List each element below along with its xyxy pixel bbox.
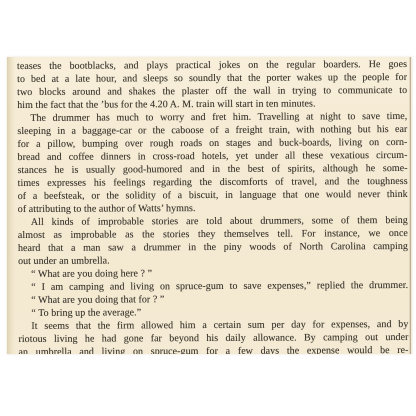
book-page-clipping: teases the bootblacks, and plays practic… <box>7 57 412 354</box>
text-line: an umbrella and living on spruce-gum for… <box>18 344 408 354</box>
text-line: two blocks around and shakes the plaster… <box>17 84 407 99</box>
page-right-edge-line <box>409 57 411 354</box>
text-line: of a beefsteak, or the solidity of a bis… <box>18 188 408 203</box>
text-line: heard that a man saw a drummer in the pi… <box>18 240 408 255</box>
page-left-edge-shadow <box>7 57 15 354</box>
page-text-block: teases the bootblacks, and plays practic… <box>17 58 409 354</box>
text-line: “ I am camping and living on spruce-gum … <box>18 279 408 294</box>
scan-background: teases the bootblacks, and plays practic… <box>0 0 416 416</box>
